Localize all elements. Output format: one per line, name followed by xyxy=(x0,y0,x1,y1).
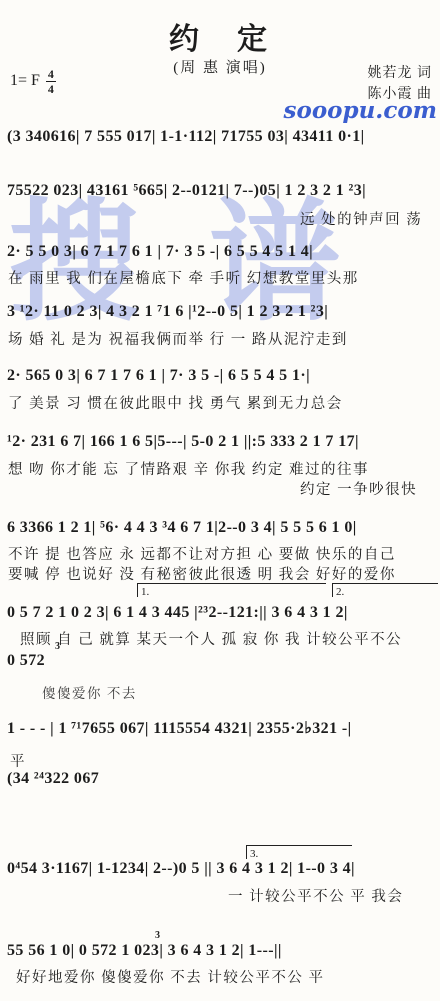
notation-line-13: 55 56 1 0| 0 572 1 023| 3 6 4 3 1 2| 1--… xyxy=(7,942,282,960)
lyrics-line: 想 吻 你才能 忘 了情路艰 辛 你我 约定 难过的往事 xyxy=(8,458,369,479)
lyrics-line: 远 处的钟声回 荡 xyxy=(300,208,422,229)
time-denominator: 4 xyxy=(46,82,56,95)
lyrics-line-verse2: 约定 一争吵很快 xyxy=(300,478,417,499)
lyrics-line: 傻傻爱你 不去 xyxy=(42,682,137,702)
notation-line-5: 2· 565 0 3| 6 7 1 7 6 1 | 7· 3 5 -| 6 5 … xyxy=(7,367,310,385)
notation-line-12: 0⁴54 3·1167| 1-1234| 2--)0 5 || 3 6 4 3 … xyxy=(7,860,355,878)
lyrics-line: 了 美景 习 惯在彼此眼中 找 勇气 累到无力总会 xyxy=(8,392,343,413)
time-signature: 44 xyxy=(46,68,56,95)
lyrics-line: 一 计较公平不公 平 我会 xyxy=(228,885,403,906)
sheet-music-page: 搜 谱 约 定 (周 惠 演唱) 1= F44 姚若龙 词 陈小霞 曲 sooo… xyxy=(0,0,440,1001)
key-label: 1= F xyxy=(10,72,40,89)
song-title: 约 定 xyxy=(0,14,440,58)
lyrics-line: 场 婚 礼 是为 祝福我俩而举 行 一 路从泥泞走到 xyxy=(8,328,348,349)
time-numerator: 4 xyxy=(46,68,56,82)
notation-line-3: 2· 5 5 0 3| 6 7 1 7 6 1 | 7· 3 5 -| 6 5 … xyxy=(7,243,313,261)
volta-label-1: 1. xyxy=(138,586,149,598)
notation-line-9: 0 572 xyxy=(7,652,45,670)
notation-line-4: 3 ¹2· 11 0 2 3| 4 3 2 1 ⁷1 6 |¹2--0 5| 1… xyxy=(7,303,328,321)
notation-line-1: (3 340616| 7 555 017| 1-1·112| 71755 03|… xyxy=(7,128,365,146)
volta-label-3: 3. xyxy=(247,848,258,860)
lyrics-line: 照顾 自 己 就算 某天一个人 孤 寂 你 我 计较公平不公 xyxy=(20,628,402,649)
volta-label-2: 2. xyxy=(333,586,344,598)
lyrics-line: 在 雨里 我 们在屋檐底下 牵 手听 幻想教堂里头那 xyxy=(8,267,359,288)
notation-line-2: 75522 023| 43161 ⁵665| 2--0121| 7--)05| … xyxy=(7,182,366,200)
notation-line-7: 6 3366 1 2 1| ⁵6· 4 4 3 ³4 6 7 1|2--0 3 … xyxy=(7,519,357,537)
lyrics-line: 好好地爱你 傻傻爱你 不去 计较公平不公 平 xyxy=(16,966,325,987)
lyricist-credit: 姚若龙 词 xyxy=(368,62,433,82)
lyrics-line: 平 xyxy=(10,750,26,771)
triplet-mark: 3 xyxy=(55,641,60,652)
notation-line-8: 0 5 7 2 1 0 2 3| 6 1 4 3 445 |²³2--121:|… xyxy=(7,604,348,622)
key-signature: 1= F44 xyxy=(10,68,56,95)
lyrics-line-verse2: 要喊 停 也说好 没 有秘密彼此很透 明 我会 好好的爱你 xyxy=(8,563,396,584)
volta-bracket-3: 3. xyxy=(246,845,352,859)
notation-line-10: 1 - - - | 1 ⁷¹7655 067| 1115554 4321| 23… xyxy=(7,718,352,738)
site-watermark: sooopu.com xyxy=(284,97,437,124)
notation-line-11: (34 ²⁴322 067 xyxy=(7,770,99,788)
volta-bracket-1: 1. xyxy=(137,583,326,597)
notation-line-6: ¹2· 231 6 7| 166 1 6 5|5---| 5-0 2 1 ||:… xyxy=(7,433,359,451)
lyrics-line: 不许 提 也答应 永 远都不让对方担 心 要做 快乐的自己 xyxy=(8,543,396,564)
triplet-mark: 3 xyxy=(155,930,160,941)
volta-bracket-2: 2. xyxy=(332,583,438,597)
